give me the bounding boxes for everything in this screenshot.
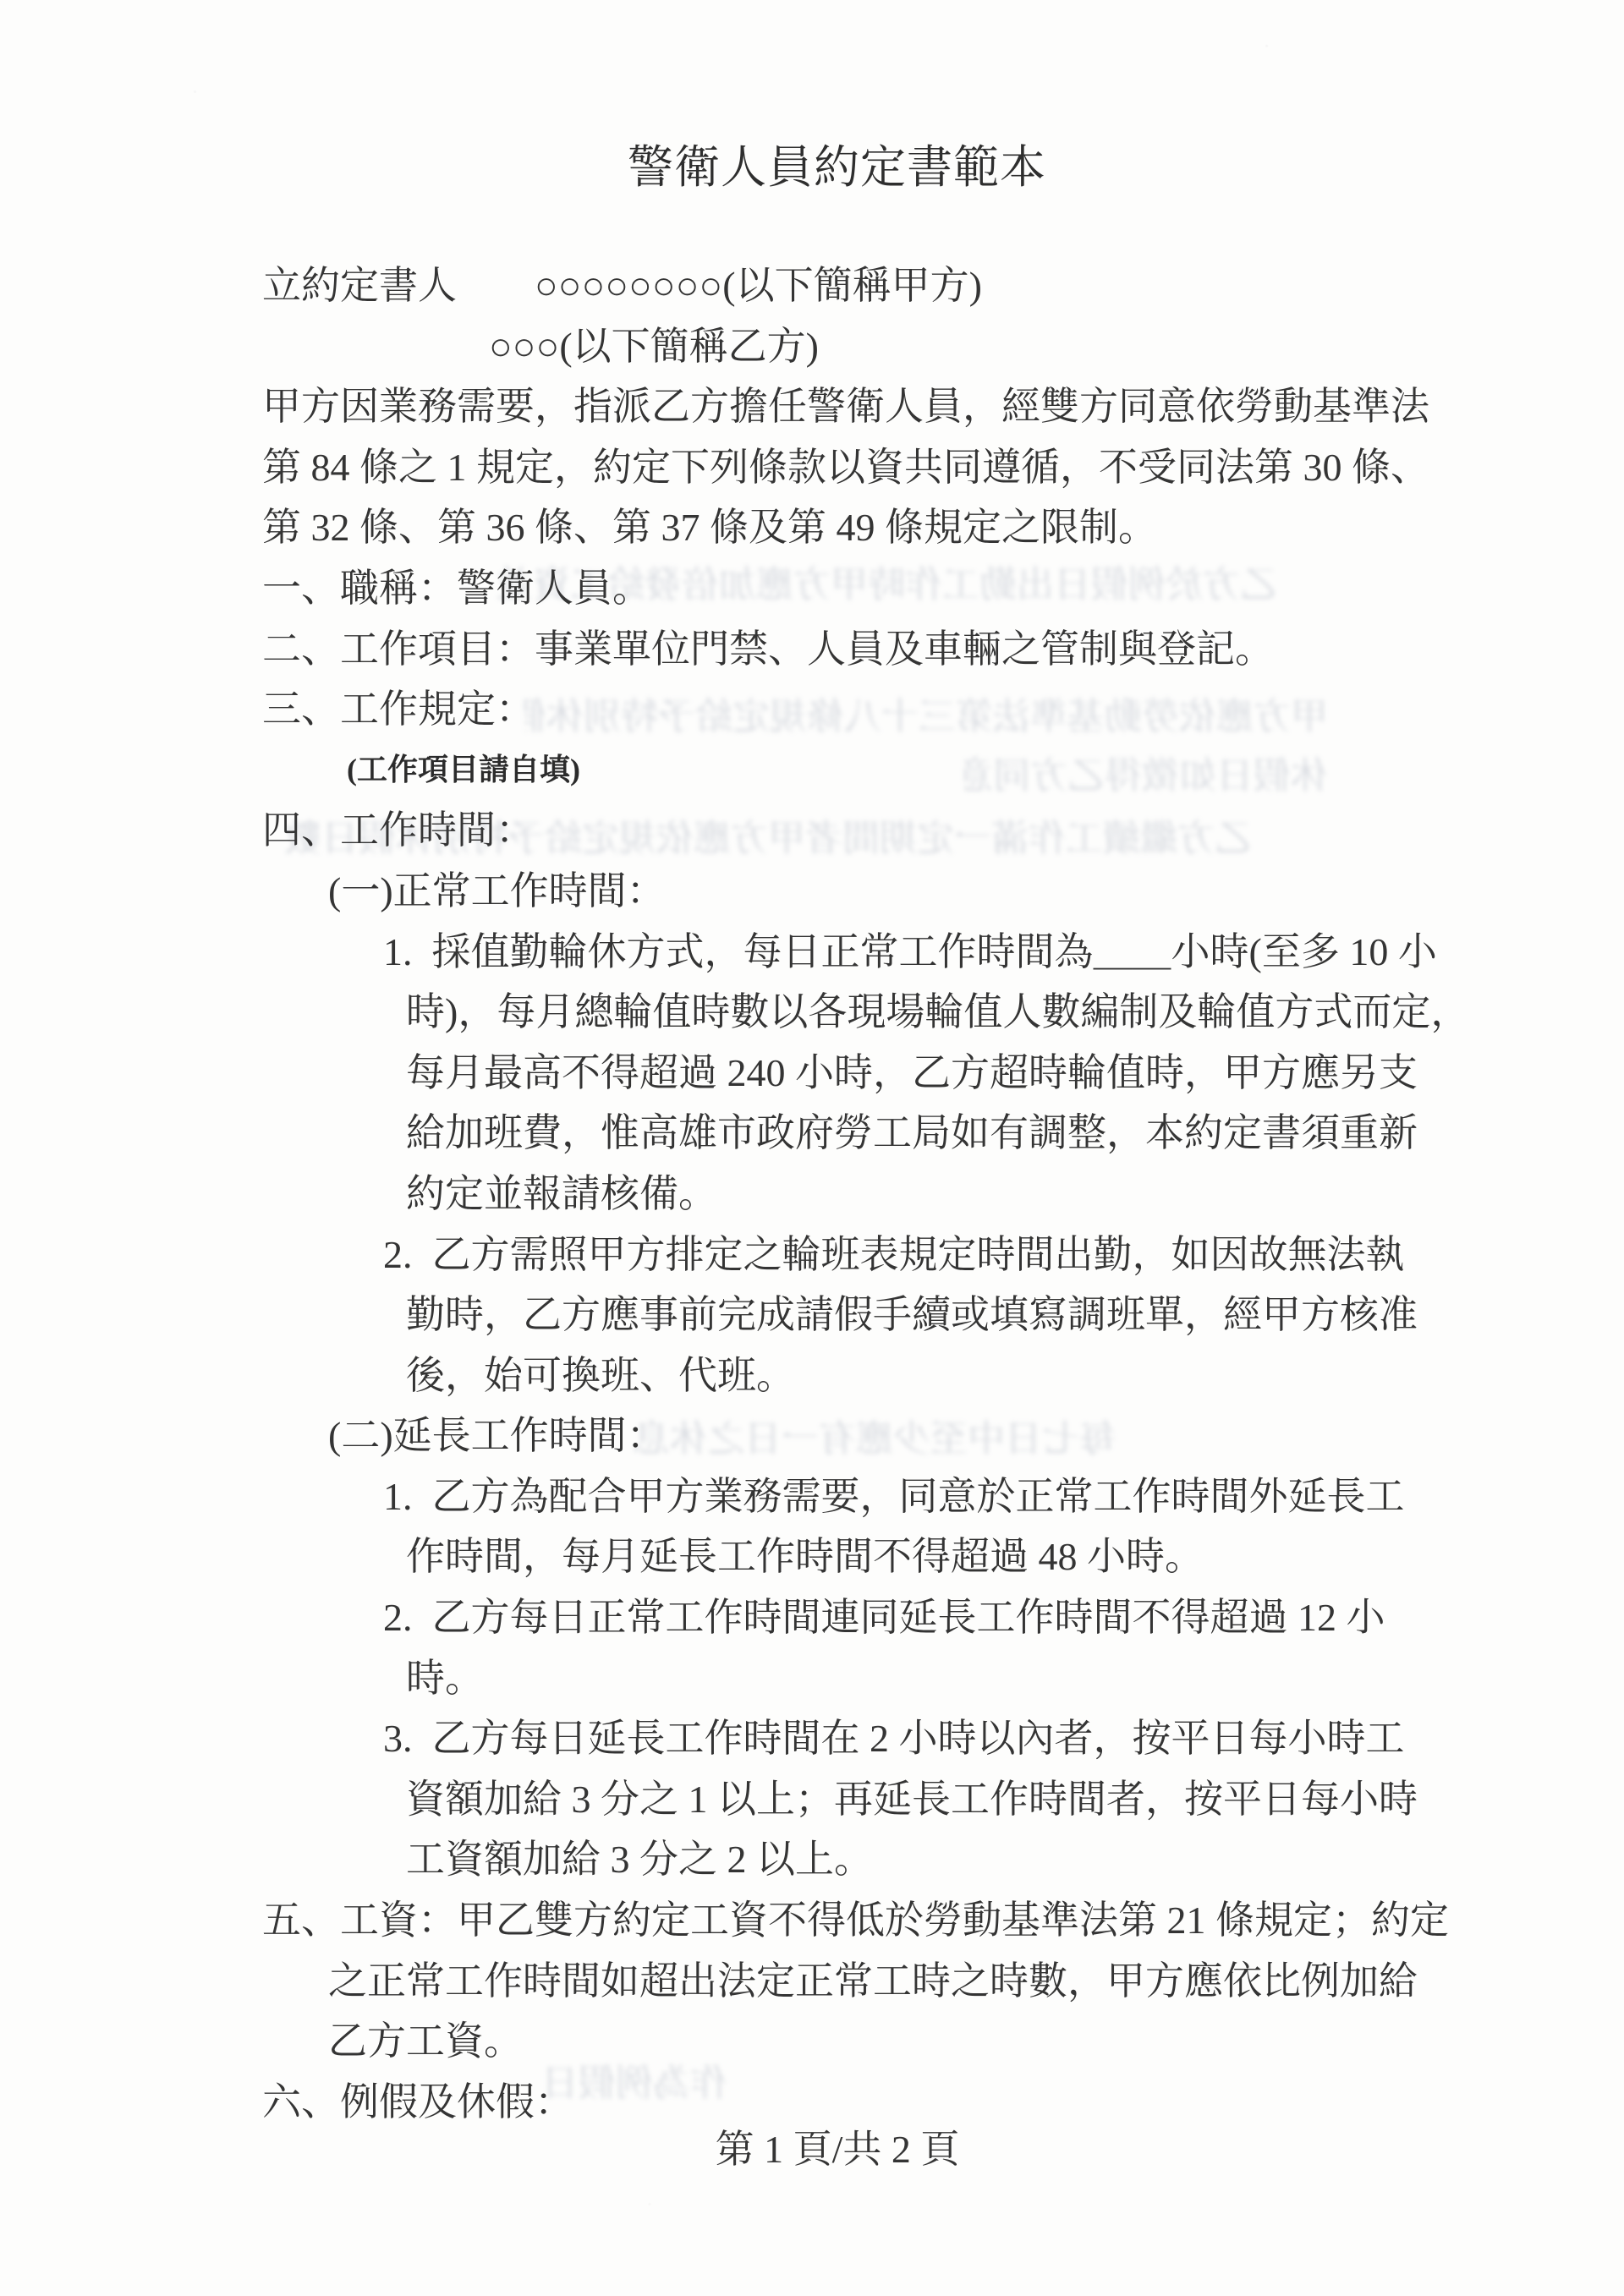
- contract-line: 一、職稱：警衛人員。: [0, 558, 1624, 619]
- contract-line: (一)正常工作時間：: [0, 861, 1624, 922]
- contract-line: 四、工作時間：: [0, 800, 1624, 861]
- contract-line: 時)，每月總輪值時數以各現場輪值人數編制及輪值方式而定，: [0, 982, 1624, 1043]
- contract-line: 第 32 條、第 36 條、第 37 條及第 49 條規定之限制。: [0, 497, 1624, 558]
- contract-line: 第 84 條之 1 規定，約定下列條款以資共同遵循，不受同法第 30 條、: [0, 437, 1624, 498]
- contract-line: 三、工作規定：: [0, 679, 1624, 740]
- contract-line: 之正常工作時間如超出法定正常工時之時數，甲方應依比例加給: [0, 1951, 1624, 2012]
- contract-line: 約定並報請核備。: [0, 1164, 1624, 1225]
- contract-line: 作時間，每月延長工作時間不得超過 48 小時。: [0, 1526, 1624, 1587]
- contract-line: 2. 乙方每日正常工作時間連同延長工作時間不得超過 12 小: [0, 1587, 1624, 1648]
- contract-line: (工作項目請自填): [0, 740, 1624, 801]
- contract-line: 1. 乙方為配合甲方業務需要，同意於正常工作時間外延長工: [0, 1466, 1624, 1527]
- contract-line: 工資額加給 3 分之 2 以上。: [0, 1829, 1624, 1890]
- contract-body: 立約定書人 ○○○○○○○○(以下簡稱甲方)○○○(以下簡稱乙方)甲方因業務需要…: [0, 255, 1624, 2132]
- contract-line: 後，始可換班、代班。: [0, 1345, 1624, 1406]
- contract-line: 勤時，乙方應事前完成請假手續或填寫調班單，經甲方核准: [0, 1285, 1624, 1345]
- contract-line: 2. 乙方需照甲方排定之輪班表規定時間出勤，如因故無法執: [0, 1225, 1624, 1285]
- scanned-contract-page: 乙方於例假日出勤工作時甲方應加倍發給工資並甲方應依勞動基準法第三十八條規定給予特…: [0, 0, 1624, 2296]
- contract-line: 立約定書人 ○○○○○○○○(以下簡稱甲方): [0, 255, 1624, 316]
- contract-line: 1. 採值勤輪休方式，每日正常工作時間為＿＿小時(至多 10 小: [0, 922, 1624, 983]
- document-title: 警衛人員約定書範本: [628, 131, 1046, 196]
- contract-line: ○○○(以下簡稱乙方): [0, 316, 1624, 377]
- contract-line: 資額加給 3 分之 1 以上；再延長工作時間者，按平日每小時: [0, 1769, 1624, 1830]
- page-number-footer: 第 1 頁/共 2 頁: [0, 2118, 1624, 2174]
- contract-line: 甲方因業務需要，指派乙方擔任警衛人員，經雙方同意依勞動基準法: [0, 376, 1624, 437]
- contract-line: 時。: [0, 1648, 1624, 1709]
- contract-line: 乙方工資。: [0, 2011, 1624, 2072]
- contract-line: 二、工作項目：事業單位門禁、人員及車輛之管制與登記。: [0, 619, 1624, 680]
- contract-line: 給加班費，惟高雄市政府勞工局如有調整，本約定書須重新: [0, 1103, 1624, 1164]
- contract-line: 3. 乙方每日延長工作時間在 2 小時以內者，按平日每小時工: [0, 1708, 1624, 1769]
- contract-line: 五、工資：甲乙雙方約定工資不得低於勞動基準法第 21 條規定；約定: [0, 1890, 1624, 1951]
- contract-line: (二)延長工作時間：: [0, 1406, 1624, 1466]
- contract-line: 每月最高不得超過 240 小時，乙方超時輪值時，甲方應另支: [0, 1043, 1624, 1104]
